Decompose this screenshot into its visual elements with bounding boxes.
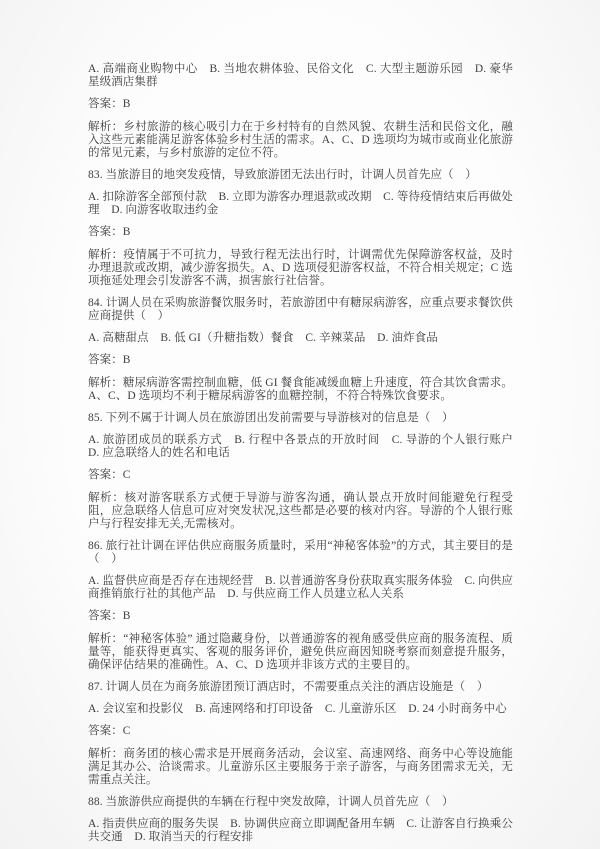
analysis-q87: 解析：商务团的核心需求是开展商务活动，会议室、高速网络、商务中心等设施能满足其办…: [88, 748, 513, 787]
answer-q83: 答案：B: [88, 226, 513, 239]
options-q83: A. 扣除游客全部预付款 B. 立即为游客办理退款或改期 C. 等待疫情结束后再…: [88, 191, 513, 217]
options-q82: A. 高端商业购物中心 B. 当地农耕体验、民俗文化 C. 大型主题游乐园 D.…: [88, 63, 513, 89]
options-q85: A. 旅游团成员的联系方式 B. 行程中各景点的开放时间 C. 导游的个人银行账…: [88, 434, 513, 460]
question-86: 86. 旅行社计调在评估供应商服务质量时，采用“神秘客体验”的方式，其主要目的是…: [88, 540, 513, 566]
analysis-q82: 解析：乡村旅游的核心吸引力在于乡村特有的自然风貌、农耕生活和民俗文化，融入这些元…: [88, 121, 513, 160]
answer-q84: 答案：B: [88, 354, 513, 367]
options-q87: A. 会议室和投影仪 B. 高速网络和打印设备 C. 儿童游乐区 D. 24 小…: [88, 703, 513, 716]
question-84: 84. 计调人员在采购旅游餐饮服务时，若旅游团中有糖尿病游客，应重点要求餐饮供应…: [88, 297, 513, 323]
document-content: A. 高端商业购物中心 B. 当地农耕体验、民俗文化 C. 大型主题游乐园 D.…: [88, 63, 513, 849]
analysis-q85: 解析：核对游客联系方式便于导游与游客沟通，确认景点开放时间能避免行程受阻，应急联…: [88, 492, 513, 531]
options-q88: A. 指责供应商的服务失误 B. 协调供应商立即调配备用车辆 C. 让游客自行换…: [88, 818, 513, 844]
question-88: 88. 当旅游供应商提供的车辆在行程中突发故障，计调人员首先应（ ）: [88, 796, 513, 809]
question-83: 83. 当旅游目的地突发疫情，导致旅游团无法出行时，计调人员首先应（ ）: [88, 169, 513, 182]
options-q84: A. 高糖甜点 B. 低 GI（升糖指数）餐食 C. 辛辣菜品 D. 油炸食品: [88, 332, 513, 345]
question-85: 85. 下列不属于计调人员在旅游团出发前需要与导游核对的信息是（ ）: [88, 412, 513, 425]
document-page: A. 高端商业购物中心 B. 当地农耕体验、民俗文化 C. 大型主题游乐园 D.…: [0, 0, 600, 849]
answer-q85: 答案：C: [88, 469, 513, 482]
analysis-q83: 解析：疫情属于不可抗力，导致行程无法出行时，计调需优先保障游客权益，及时办理退款…: [88, 249, 513, 288]
answer-q87: 答案：C: [88, 725, 513, 738]
answer-q86: 答案：B: [88, 610, 513, 623]
options-q86: A. 监督供应商是否存在违规经营 B. 以普通游客身份获取真实服务体验 C. 向…: [88, 575, 513, 601]
question-87: 87. 计调人员在为商务旅游团预订酒店时，不需要重点关注的酒店设施是（ ）: [88, 681, 513, 694]
analysis-q84: 解析：糖尿病游客需控制血糖，低 GI 餐食能减缓血糖上升速度，符合其饮食需求。A…: [88, 377, 513, 403]
analysis-q86: 解析：“神秘客体验” 通过隐藏身份，以普通游客的视角感受供应商的服务流程、质量等…: [88, 633, 513, 672]
answer-q82: 答案：B: [88, 98, 513, 111]
